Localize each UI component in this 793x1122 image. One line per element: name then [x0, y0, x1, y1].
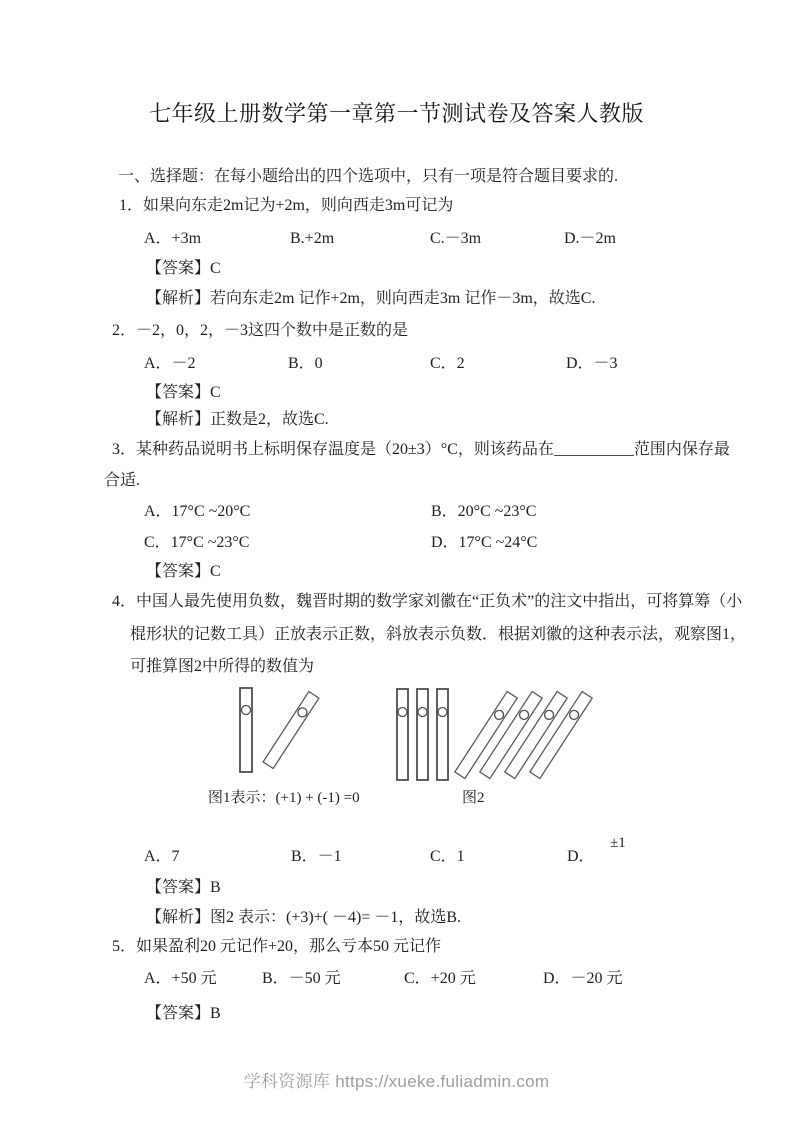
figure1-upright-rod — [240, 688, 252, 772]
question-5-answer: 【答案】B — [146, 1004, 221, 1024]
question-3-option-a: A．17°C ~20°C — [144, 502, 250, 522]
document-page: 七年级上册数学第一章第一节测试卷及答案人教版 一、选择题：在每小题给出的四个选项… — [0, 0, 793, 1122]
figure2-slanted-rods — [455, 691, 592, 778]
question-5-option-a: A．+50 元 — [144, 969, 217, 989]
question-4-stem-line3: 可推算图2中所得的数值为 — [130, 657, 314, 677]
question-1-option-c: C.－3m — [430, 229, 481, 249]
question-3-option-b: B．20°C ~23°C — [431, 502, 536, 522]
question-4-option-d-label: D． — [567, 847, 595, 867]
question-2-option-c: C．2 — [430, 354, 465, 374]
page-title: 七年级上册数学第一章第一节测试卷及答案人教版 — [0, 101, 793, 127]
figure1-slanted-rod — [263, 692, 319, 769]
section-header: 一、选择题：在每小题给出的四个选项中，只有一项是符合题目要求的. — [118, 167, 618, 187]
question-5-option-c: C．+20 元 — [404, 969, 476, 989]
question-4-stem-line1: 4．中国人最先使用负数，魏晋时期的数学家刘徽在“正负术”的注文中指出，可将算筹（… — [112, 592, 742, 612]
question-5-option-d: D．－20 元 — [543, 969, 623, 989]
figure-2-caption: 图2 — [462, 788, 485, 808]
question-2-option-a: A．－2 — [144, 354, 196, 374]
question-2-answer: 【答案】C — [146, 383, 221, 403]
question-1-analysis: 【解析】若向东走2m 记作+2m，则向西走3m 记作－3m，故选C. — [146, 289, 595, 309]
question-3-answer: 【答案】C — [146, 562, 221, 582]
question-2-stem: 2．－2，0，2，－3这四个数中是正数的是 — [112, 321, 408, 341]
question-1-option-d: D.－2m — [564, 229, 616, 249]
question-1-option-a: A．+3m — [144, 229, 201, 249]
question-4-option-b: B．－1 — [291, 847, 342, 867]
question-4-option-c: C．1 — [430, 847, 465, 867]
question-4-stem-line2: 棍形状的记数工具）正放表示正数，斜放表示负数．根据刘徽的这种表示法，观察图1， — [130, 625, 746, 645]
question-4-analysis: 【解析】图2 表示：(+3)+( －4)= －1，故选B. — [146, 908, 461, 928]
figure2-upright-rods — [397, 689, 448, 780]
question-2-option-d: D．－3 — [566, 354, 618, 374]
question-2-analysis: 【解析】正数是2，故选C. — [146, 410, 329, 430]
question-2-option-b: B．0 — [288, 354, 323, 374]
question-4-option-d-value: ±1 — [610, 834, 626, 852]
question-3-option-d: D．17°C ~24°C — [431, 533, 537, 553]
question-1-option-b: B.+2m — [290, 229, 334, 249]
footer-credit: 学科资源库 https://xueke.fuliadmin.com — [0, 1067, 793, 1092]
question-3-stem-line1: 3．某种药品说明书上标明保存温度是（20±3）°C，则该药品在_________… — [112, 440, 730, 460]
question-4-option-a: A．7 — [144, 847, 180, 867]
question-1-stem: 1．如果向东走2m记为+2m，则向西走3m可记为 — [119, 196, 453, 216]
question-3-stem-line2: 合适. — [104, 471, 140, 491]
figure-1-caption: 图1表示：(+1) + (-1) =0 — [208, 788, 360, 808]
counting-rods-figure — [228, 678, 614, 784]
question-3-option-c: C．17°C ~23°C — [144, 533, 249, 553]
question-4-answer: 【答案】B — [146, 878, 221, 898]
question-1-answer: 【答案】C — [146, 259, 221, 279]
question-5-stem: 5．如果盈利20 元记作+20，那么亏本50 元记作 — [112, 937, 441, 957]
question-5-option-b: B．－50 元 — [262, 969, 341, 989]
